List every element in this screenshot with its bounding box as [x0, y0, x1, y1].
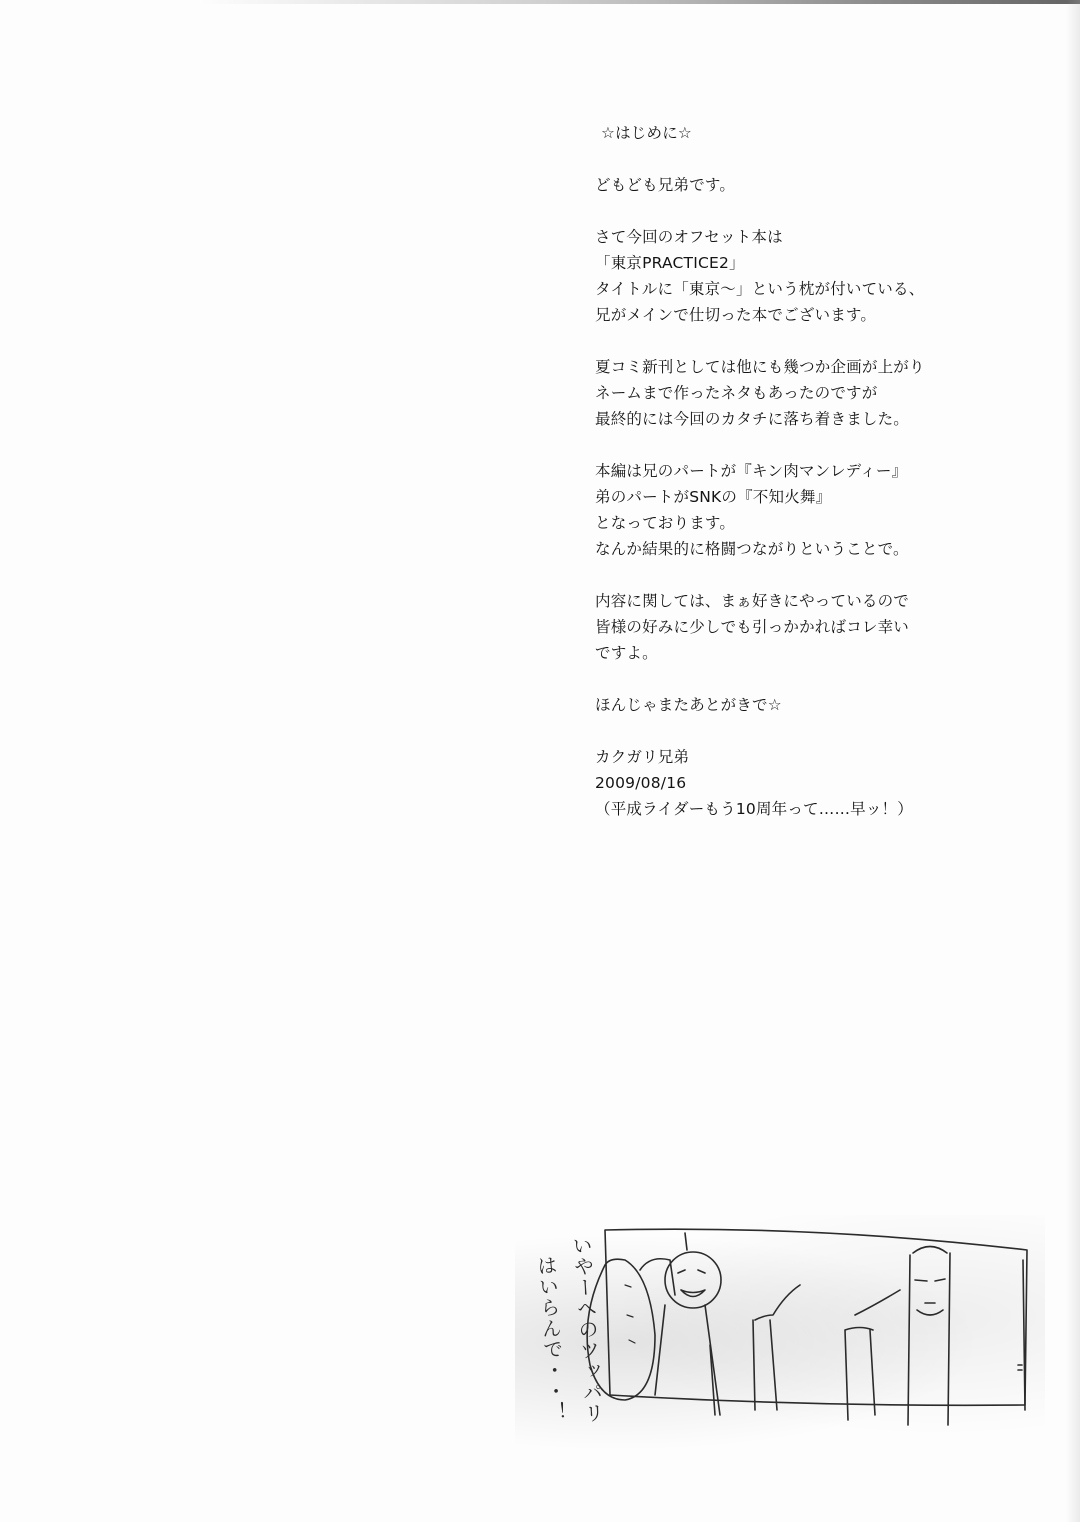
greeting-line: どもども兄弟です。: [595, 172, 1015, 198]
paragraph-line: さて今回のオフセット本は: [595, 224, 1015, 250]
foreword-title: ☆はじめに☆: [595, 120, 1015, 146]
paragraph-line: 兄がメインで仕切った本でございます。: [595, 302, 1015, 328]
paragraph-line: 最終的には今回のカタチに落ち着きました。: [595, 406, 1015, 432]
scan-top-edge-shadow: [200, 0, 1080, 4]
paragraph-line: ネームまで作ったネタもあったのですが: [595, 380, 1015, 406]
paragraph-line: なんか結果的に格闘つながりということで。: [595, 536, 1015, 562]
signature-note: （平成ライダーもう10周年って……早ッ！）: [595, 796, 1015, 822]
paragraph-line: 内容に関しては、まぁ好きにやっているので: [595, 588, 1015, 614]
paragraph-line: タイトルに「東京～」という枕が付いている、: [595, 276, 1015, 302]
paragraph-line: 夏コミ新刊としては他にも幾つか企画が上がり: [595, 354, 1015, 380]
scanned-page: ☆はじめに☆ どもども兄弟です。 さて今回のオフセット本は 「東京PRACTIC…: [0, 0, 1080, 1522]
signature-date: 2009/08/16: [595, 770, 1015, 796]
book-title-line: 「東京PRACTICE2」: [595, 250, 1015, 276]
paragraph-line: となっております。: [595, 510, 1015, 536]
signature-author: カクガリ兄弟: [595, 744, 1015, 770]
pencil-sketch-panel: いやーへのツッパリ はいらんで・・！: [515, 1215, 1045, 1470]
paragraph-line: ですよ。: [595, 640, 1015, 666]
scan-right-edge-shadow: [1066, 0, 1080, 1522]
paragraph-line: 皆様の好みに少しでも引っかかればコレ幸い: [595, 614, 1015, 640]
paragraph-line: 弟のパートがSNKの『不知火舞』: [595, 484, 1015, 510]
paragraph-line: 本編は兄のパートが『キン肉マンレディー』: [595, 458, 1015, 484]
foreword-text: ☆はじめに☆ どもども兄弟です。 さて今回のオフセット本は 「東京PRACTIC…: [595, 120, 1015, 822]
closing-line: ほんじゃまたあとがきで☆: [595, 692, 1015, 718]
